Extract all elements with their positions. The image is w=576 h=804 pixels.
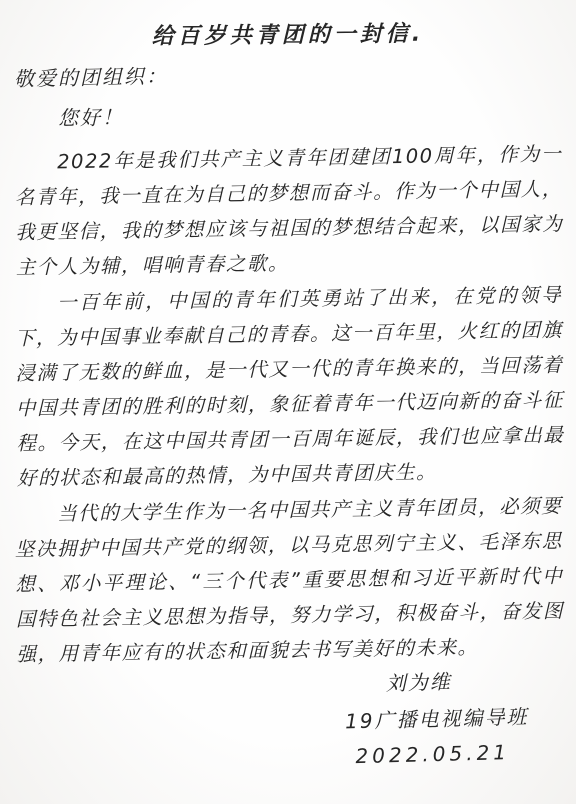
letter-paper: 给百岁共青团的一封信. 敬爱的团组织： 您好！ 2022年是我们共产主义青年团建…: [0, 0, 576, 804]
letter-paragraph: 2022年是我们共产主义青年团建团100周年，作为一名青年，我一直在为自己的梦想…: [14, 136, 564, 285]
letter-paragraph: 一百年前，中国的青年们英勇站了出来，在党的领导下，为中国事业奉献自己的青春。这一…: [14, 277, 565, 496]
signature-class: 19广播电视编导班: [344, 701, 528, 735]
letter-greeting: 您好！: [58, 95, 562, 131]
signature-name: 刘为维: [343, 665, 493, 698]
letter-body: 2022年是我们共产主义青年团建团100周年，作为一名青年，我一直在为自己的梦想…: [14, 145, 562, 672]
signature-block: 刘为维 19广播电视编导班 2022.05.21: [343, 664, 529, 769]
signature-date: 2022.05.21: [345, 740, 519, 769]
letter-salutation: 敬爱的团组织：: [14, 52, 562, 92]
letter-title: 给百岁共青团的一封信.: [14, 15, 562, 52]
letter-paragraph: 当代的大学生作为一名中国共产主义青年团员，必须要坚决拥护中国共产党的纲领，以马克…: [14, 488, 565, 672]
